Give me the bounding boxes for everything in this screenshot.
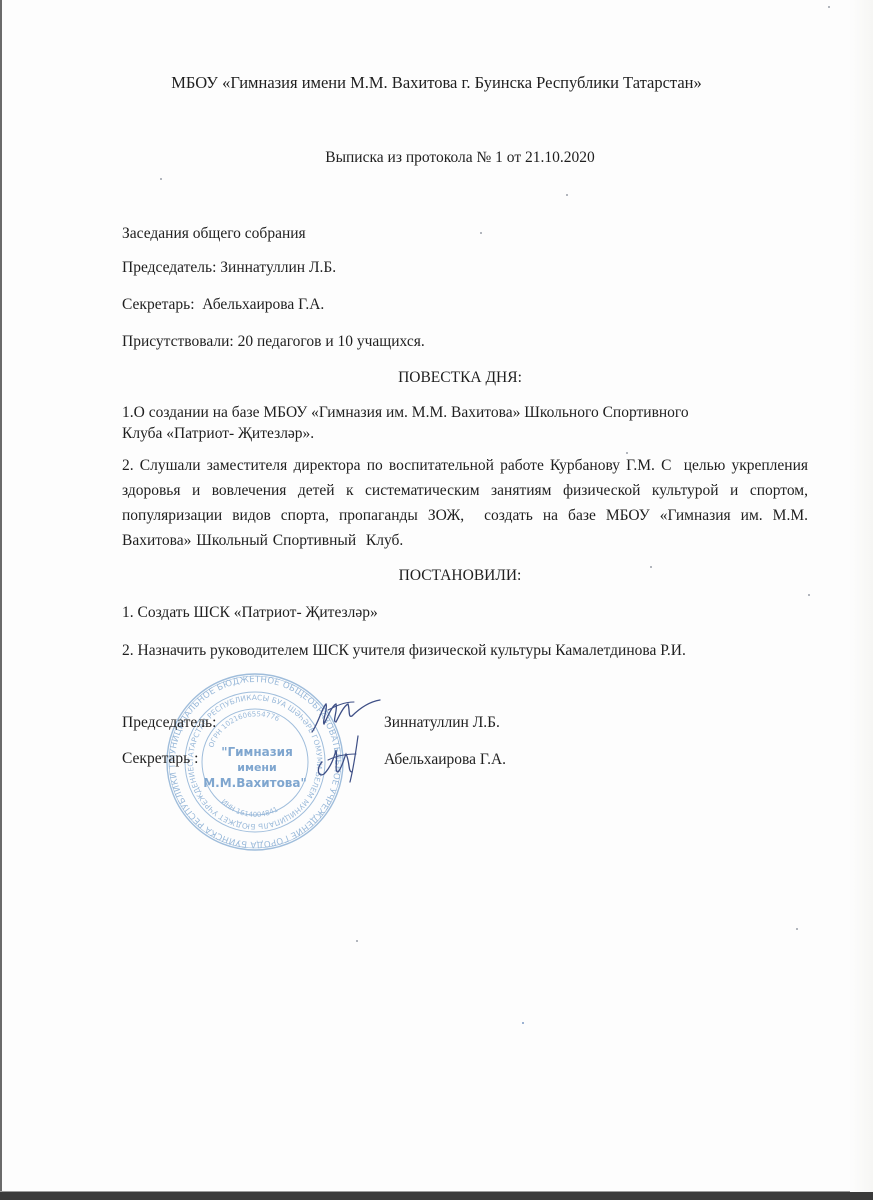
scan-speck	[828, 6, 830, 8]
agenda-item-1-line2: Клуба «Патриот- Җитезләр».	[122, 424, 314, 443]
decision-item-2: 2. Назначить руководителем ШСК учителя ф…	[122, 641, 686, 660]
scan-speck	[650, 566, 652, 568]
decisions-heading: ПОСТАНОВИЛИ:	[0, 566, 873, 585]
decision-item-1: 1. Создать ШСК «Патриот- Җитезләр»	[122, 603, 378, 622]
meeting-title: Заседания общего собрания	[122, 224, 306, 243]
scan-bottom-edge	[0, 1192, 873, 1200]
scan-left-edge	[0, 0, 2, 1192]
agenda-heading: ПОВЕСТКА ДНЯ:	[0, 368, 873, 387]
scan-speck	[808, 594, 810, 596]
svg-text:ОГРН 1021606554776: ОГРН 1021606554776	[207, 710, 281, 749]
secretary-name: Абельхаирова Г.А.	[384, 750, 506, 769]
document-subtitle: Выписка из протокола № 1 от 21.10.2020	[0, 148, 873, 167]
agenda-item-2: 2. Слушали заместителя директора по восп…	[122, 453, 808, 553]
scan-speck	[160, 178, 162, 180]
secretary-label: Секретарь :	[122, 749, 198, 768]
document-header: МБОУ «Гимназия имени М.М. Вахитова г. Бу…	[0, 73, 873, 92]
scan-speck	[480, 232, 482, 234]
scan-speck	[566, 194, 568, 196]
chairman-label: Председатель:	[122, 713, 216, 732]
scan-speck	[626, 452, 628, 454]
scanned-page: МБОУ «Гимназия имени М.М. Вахитова г. Бу…	[0, 0, 873, 1200]
scan-right-shade	[849, 0, 873, 1192]
chairman-name: Зиннатуллин Л.Б.	[384, 713, 500, 732]
secretary-line: Секретарь: Абельхаирова Г.А.	[122, 295, 324, 314]
scan-speck	[522, 1022, 524, 1024]
agenda-item-1-line1: 1.О создании на базе МБОУ «Гимназия им. …	[122, 403, 689, 422]
stamp-line-2: имени	[237, 761, 276, 774]
secretary-signature	[312, 732, 372, 784]
scan-speck	[796, 928, 798, 930]
stamp-line-1: "Гимназия	[221, 745, 293, 759]
chairman-line: Председатель: Зиннатуллин Л.Б.	[122, 258, 336, 277]
scan-speck	[356, 940, 358, 942]
stamp-line-3: М.М.Вахитова"	[203, 776, 307, 790]
attendance-line: Присутствовали: 20 педагогов и 10 учащих…	[122, 332, 425, 351]
